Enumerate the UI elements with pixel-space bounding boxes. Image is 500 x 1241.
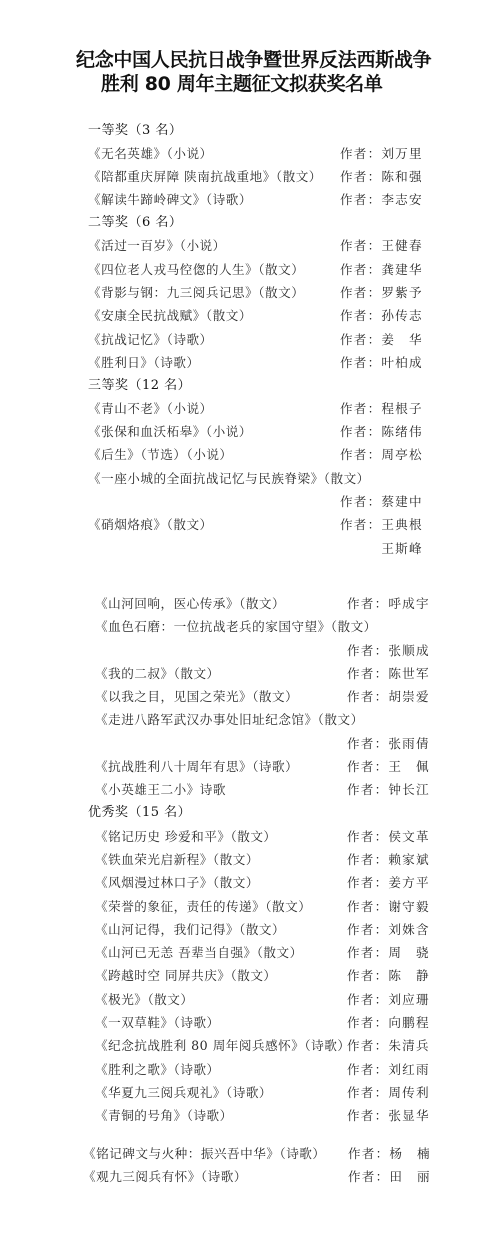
award-entry-row: 《青铜的号角》（诗歌）作者：张显华 bbox=[95, 1106, 460, 1126]
award-tier-heading: 三等奖（12 名） bbox=[88, 376, 460, 396]
work-title: 《山河记得，我们记得》（散文） bbox=[95, 920, 285, 940]
author-name: 作者：张显华 bbox=[347, 1106, 430, 1126]
author-name: 作者：谢守毅 bbox=[347, 897, 430, 917]
author-name: 作者：向鹏程 bbox=[347, 1013, 430, 1033]
author-name: 作者：陈世军 bbox=[347, 664, 430, 684]
award-tier-heading: 二等奖（6 名） bbox=[88, 213, 460, 233]
award-entry-row: 《无名英雄》（小说）作者：刘万里 bbox=[88, 144, 460, 164]
author-name: 作者：胡崇爱 bbox=[347, 687, 430, 707]
work-title: 《无名英雄》（小说） bbox=[88, 144, 213, 164]
work-title: 《血色石磨：一位抗战老兵的家国守望》（散文） bbox=[95, 617, 377, 637]
award-entry-row: 《以我之目，见国之荣光》（散文）作者：胡崇爱 bbox=[95, 687, 460, 707]
author-name: 作者：周传利 bbox=[347, 1083, 430, 1103]
author-name: 作者：田 丽 bbox=[348, 1167, 431, 1187]
author-name: 作者：赖家斌 bbox=[347, 850, 430, 870]
author-name: 作者：钟长江 bbox=[347, 780, 430, 800]
award-entry-row: 《背影与钢：九三阅兵记思》（散文）作者：罗紫予 bbox=[88, 283, 460, 303]
author-name: 作者：呼成宇 bbox=[347, 594, 430, 614]
award-entry-row: 《荣誉的象征，责任的传递》（散文）作者：谢守毅 bbox=[95, 897, 460, 917]
award-entry-row: 《纪念抗战胜利 80 周年阅兵感怀》（诗歌）作者：朱清兵 bbox=[95, 1036, 460, 1056]
award-entry-row: 作者：蔡建中 bbox=[88, 492, 460, 512]
award-entry-row: 作者：张顺成 bbox=[95, 641, 460, 661]
award-tier-heading: 一等奖（3 名） bbox=[88, 121, 460, 141]
award-entry-row: 《胜利之歌》（诗歌）作者：刘红雨 bbox=[95, 1060, 460, 1080]
work-title: 《胜利日》（诗歌） bbox=[88, 353, 200, 373]
author-name: 作者：杨 楠 bbox=[348, 1144, 431, 1164]
work-title: 《安康全民抗战赋》（散文） bbox=[88, 306, 252, 326]
author-name: 作者：刘万里 bbox=[340, 144, 423, 164]
work-title: 《抗战胜利八十周年有思》（诗歌） bbox=[95, 757, 298, 777]
award-entry-row: 《铁血荣光启新程》（散文）作者：赖家斌 bbox=[95, 850, 460, 870]
award-entry-row: 《风烟漫过林口子》（散文）作者：姜方平 bbox=[95, 873, 460, 893]
award-entry-row: 《胜利日》（诗歌）作者：叶柏成 bbox=[88, 353, 460, 373]
work-title: 《解读牛蹄岭碑文》（诗歌） bbox=[88, 190, 252, 210]
work-title: 《荣誉的象征，责任的传递》（散文） bbox=[95, 897, 311, 917]
work-title: 《以我之目，见国之荣光》（散文） bbox=[95, 687, 298, 707]
work-title: 《四位老人戎马倥偬的人生》（散文） bbox=[88, 260, 304, 280]
author-name: 作者：陈和强 bbox=[340, 167, 423, 187]
author-name: 作者：姜 华 bbox=[340, 330, 423, 350]
award-entry-row: 《小英雄王二小》诗歌作者：钟长江 bbox=[95, 780, 460, 800]
award-entry-row: 《铭记历史 珍爱和平》（散文）作者：侯文革 bbox=[95, 827, 460, 847]
author-name: 作者：李志安 bbox=[340, 190, 423, 210]
work-title: 《张保和血沃柘皋》（小说） bbox=[88, 422, 252, 442]
award-entry-row: 《青山不老》（小说）作者：程根子 bbox=[88, 399, 460, 419]
author-name: 作者：张雨倩 bbox=[347, 734, 430, 754]
author-name: 作者：朱清兵 bbox=[347, 1036, 430, 1056]
award-entry-row: 《张保和血沃柘皋》（小说）作者：陈绪伟 bbox=[88, 422, 460, 442]
award-entry-row: 《血色石磨：一位抗战老兵的家国守望》（散文） bbox=[95, 617, 460, 637]
author-name: 作者：蔡建中 bbox=[340, 492, 423, 512]
work-title: 《跨越时空 同屏共庆》（散文） bbox=[95, 966, 277, 986]
award-tier-heading: 优秀奖（15 名） bbox=[88, 803, 460, 823]
author-name: 作者：叶柏成 bbox=[340, 353, 423, 373]
work-title: 《活过一百岁》（小说） bbox=[88, 236, 226, 256]
author-name: 作者：王典根 bbox=[340, 515, 423, 535]
work-title: 《胜利之歌》（诗歌） bbox=[95, 1060, 220, 1080]
work-title: 《我的二叔》（散文） bbox=[95, 664, 220, 684]
author-name: 作者：孙传志 bbox=[340, 306, 423, 326]
work-title: 《陪都重庆屏障 陕南抗战重地》（散文） bbox=[88, 167, 322, 187]
award-entry-row: 《四位老人戎马倥偬的人生》（散文）作者：龚建华 bbox=[88, 260, 460, 280]
award-entry-row: 《华夏九三阅兵观礼》（诗歌）作者：周传利 bbox=[95, 1083, 460, 1103]
author-name: 作者：王健春 bbox=[340, 236, 423, 256]
work-title: 《铭记历史 珍爱和平》（散文） bbox=[95, 827, 277, 847]
award-entry-row: 《抗战胜利八十周年有思》（诗歌）作者：王 佩 bbox=[95, 757, 460, 777]
work-title: 《山河回响，医心传承》（散文） bbox=[95, 594, 285, 614]
award-entry-row: 《走进八路军武汉办事处旧址纪念馆》（散文） bbox=[95, 710, 460, 730]
award-entry-row: 《跨越时空 同屏共庆》（散文）作者：陈 静 bbox=[95, 966, 460, 986]
author-name: 作者：罗紫予 bbox=[340, 283, 423, 303]
document-title-line-2: 胜利 80 周年主题征文拟获奖名单 bbox=[101, 69, 500, 96]
award-tier-label: 二等奖（6 名） bbox=[88, 213, 182, 233]
work-title: 《华夏九三阅兵观礼》（诗歌） bbox=[95, 1083, 272, 1103]
work-title: 《后生》（节选）（小说） bbox=[88, 445, 233, 465]
author-name: 作者：刘应珊 bbox=[347, 990, 430, 1010]
author-name: 作者：张顺成 bbox=[347, 641, 430, 661]
work-title: 《极光》（散文） bbox=[95, 990, 193, 1010]
work-title: 《纪念抗战胜利 80 周年阅兵感怀》（诗歌） bbox=[95, 1036, 350, 1056]
award-entry-row: 《观九三阅兵有怀》（诗歌）作者：田 丽 bbox=[83, 1167, 460, 1187]
award-entry-row: 《山河已无恙 吾辈当自强》（散文）作者：周 骁 bbox=[95, 943, 460, 963]
award-entry-row: 《极光》（散文）作者：刘应珊 bbox=[95, 990, 460, 1010]
award-entry-row: 《一座小城的全面抗战记忆与民族脊梁》（散文） bbox=[88, 469, 460, 489]
award-entry-row: 《硝烟烙痕》（散文）作者：王典根 bbox=[88, 515, 460, 535]
author-name: 作者：陈 静 bbox=[347, 966, 430, 986]
work-title: 《小英雄王二小》诗歌 bbox=[95, 780, 226, 800]
award-entry-row: 《铭记碑文与火种：振兴吾中华》（诗歌）作者：杨 楠 bbox=[83, 1144, 460, 1164]
award-entry-row: 《后生》（节选）（小说）作者：周亭松 bbox=[88, 445, 460, 465]
award-entry-row: 《我的二叔》（散文）作者：陈世军 bbox=[95, 664, 460, 684]
author-name: 作者：程根子 bbox=[340, 399, 423, 419]
author-name: 作者：姜方平 bbox=[347, 873, 430, 893]
award-entry-row: 《陪都重庆屏障 陕南抗战重地》（散文）作者：陈和强 bbox=[88, 167, 460, 187]
award-entry-row: 《山河回响，医心传承》（散文）作者：呼成宇 bbox=[95, 594, 460, 614]
author-name: 作者：刘姝含 bbox=[347, 920, 430, 940]
document-title-line-1: 纪念中国人民抗日战争暨世界反法西斯战争 bbox=[76, 45, 500, 72]
work-title: 《硝烟烙痕》（散文） bbox=[88, 515, 213, 535]
author-name: 作者：周 骁 bbox=[347, 943, 430, 963]
award-entry-row: 《安康全民抗战赋》（散文）作者：孙传志 bbox=[88, 306, 460, 326]
author-name: 作者：侯文革 bbox=[347, 827, 430, 847]
work-title: 《背影与钢：九三阅兵记思》（散文） bbox=[88, 283, 304, 303]
work-title: 《走进八路军武汉办事处旧址纪念馆》（散文） bbox=[95, 710, 364, 730]
work-title: 《山河已无恙 吾辈当自强》（散文） bbox=[95, 943, 303, 963]
author-name: 作者：龚建华 bbox=[340, 260, 423, 280]
award-entry-row: 《一双草鞋》（诗歌）作者：向鹏程 bbox=[95, 1013, 460, 1033]
author-name: 作者：周亭松 bbox=[340, 445, 423, 465]
work-title: 《青铜的号角》（诗歌） bbox=[95, 1106, 233, 1126]
work-title: 《抗战记忆》（诗歌） bbox=[88, 330, 213, 350]
work-title: 《一双草鞋》（诗歌） bbox=[95, 1013, 220, 1033]
work-title: 《铁血荣光启新程》（散文） bbox=[95, 850, 259, 870]
award-tier-label: 一等奖（3 名） bbox=[88, 121, 182, 141]
author-name: 作者：陈绪伟 bbox=[340, 422, 423, 442]
award-tier-label: 优秀奖（15 名） bbox=[88, 803, 191, 823]
award-entry-row: 《抗战记忆》（诗歌）作者：姜 华 bbox=[88, 330, 460, 350]
award-entry-row: 作者：张雨倩 bbox=[95, 734, 460, 754]
author-name: 王斯峰 bbox=[340, 539, 423, 559]
award-entry-row: 《活过一百岁》（小说）作者：王健春 bbox=[88, 236, 460, 256]
award-entry-row: 王斯峰 bbox=[88, 539, 460, 559]
work-title: 《铭记碑文与火种：振兴吾中华》（诗歌） bbox=[83, 1144, 325, 1164]
author-name: 作者：刘红雨 bbox=[347, 1060, 430, 1080]
work-title: 《风烟漫过林口子》（散文） bbox=[95, 873, 259, 893]
author-name: 作者：王 佩 bbox=[347, 757, 430, 777]
award-tier-label: 三等奖（12 名） bbox=[88, 376, 191, 396]
work-title: 《一座小城的全面抗战记忆与民族脊梁》（散文） bbox=[88, 469, 370, 489]
award-entry-row: 《解读牛蹄岭碑文》（诗歌）作者：李志安 bbox=[88, 190, 460, 210]
work-title: 《观九三阅兵有怀》（诗歌） bbox=[83, 1167, 247, 1187]
work-title: 《青山不老》（小说） bbox=[88, 399, 213, 419]
award-entry-row: 《山河记得，我们记得》（散文）作者：刘姝含 bbox=[95, 920, 460, 940]
